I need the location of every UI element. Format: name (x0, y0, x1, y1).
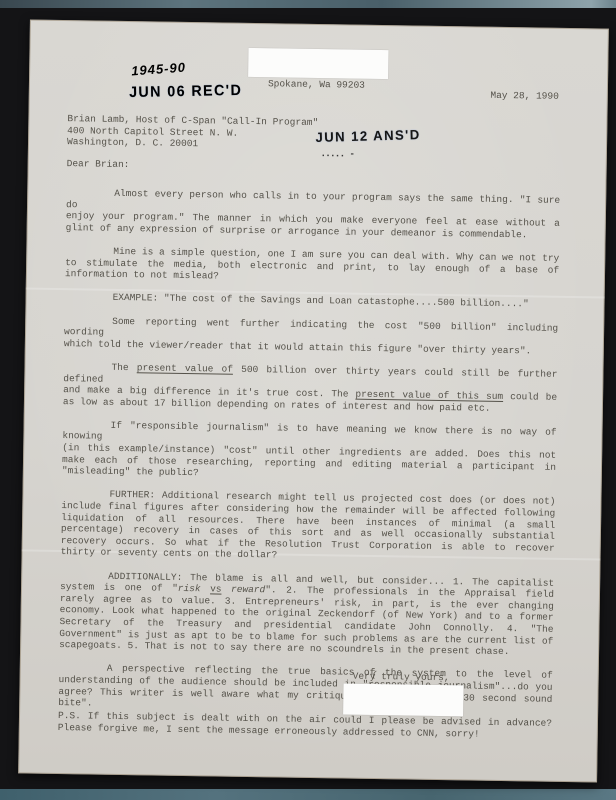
letter-date: May 28, 1990 (490, 90, 559, 102)
letter-line: EXAMPLE: "The cost of the Savings and Lo… (65, 291, 559, 310)
answered-date-stamp: JUN 12 ANS'D (315, 127, 421, 145)
received-date-stamp: JUN 06 REC'D (129, 82, 242, 101)
paragraph: ADDITIONALLY: The blame is all and well,… (59, 570, 554, 659)
closing-line: Very truly yours, (353, 671, 450, 684)
letter-page: 1945-90 JUN 06 REC'D Spokane, Wa 99203 M… (18, 19, 609, 782)
paragraph: A perspective reflecting the true basics… (58, 662, 553, 716)
answered-stamp-marks: ..... - (322, 148, 356, 160)
paragraph: FURTHER: Additional research might tell … (61, 488, 556, 565)
letterhead-city: Spokane, Wa 99203 (268, 78, 365, 91)
paragraph: Almost every person who calls in to your… (66, 187, 561, 241)
scan-background: { "scan": { "background_color": "#141416… (0, 0, 616, 800)
scanner-strip-top (0, 0, 616, 8)
scanner-strip-bottom (0, 789, 616, 800)
letter-body: Almost every person who calls in to your… (58, 187, 560, 728)
archival-note-red: 1945-90 (131, 60, 187, 79)
paragraph: Mine is a simple question, one I am sure… (65, 245, 559, 288)
paragraph: Some reporting went further indicating t… (64, 315, 558, 358)
paragraph: EXAMPLE: "The cost of the Savings and Lo… (65, 291, 559, 310)
recipient-address: Brian Lamb, Host of C-Span "Call-In Prog… (67, 113, 318, 152)
paragraph: The present value of 500 billion over th… (63, 361, 558, 415)
salutation: Dear Brian: (67, 158, 130, 170)
redaction-box-address (248, 48, 388, 79)
redaction-box-signature (343, 684, 463, 717)
paragraph: If "responsible journalism" is to have m… (62, 419, 557, 485)
